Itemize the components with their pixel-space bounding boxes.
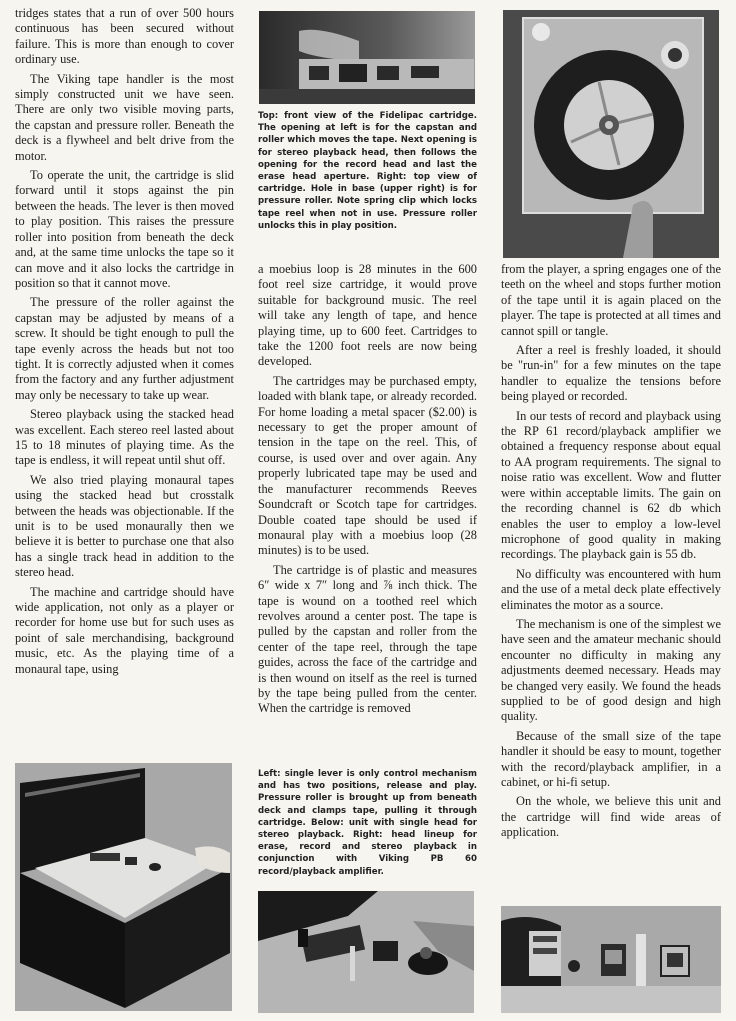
paragraph: Stereo playback using the stacked head w…	[15, 407, 234, 469]
article-column-2: a moebius loop is 28 minutes in the 600 …	[258, 262, 477, 721]
photo-cartridge-top-view	[503, 10, 719, 258]
paragraph: After a reel is freshly loaded, it shoul…	[501, 343, 721, 405]
paragraph: tridges states that a run of over 500 ho…	[15, 6, 234, 68]
photo-caption-bottom: Left: single lever is only control mecha…	[258, 768, 477, 878]
paragraph: We also tried playing monaural tapes usi…	[15, 473, 234, 581]
paragraph: The cartridges may be purchased empty, l…	[258, 374, 477, 559]
paragraph: Because of the small size of the tape ha…	[501, 729, 721, 791]
photo-head-lineup	[501, 906, 721, 1013]
photo-caption-top: Top: front view of the Fidelipac cartrid…	[258, 110, 477, 232]
paragraph: No difficulty was encountered with hum a…	[501, 567, 721, 613]
paragraph: In our tests of record and playback usin…	[501, 409, 721, 563]
photo-cartridge-front-view	[259, 11, 475, 104]
paragraph: The Viking tape handler is the most simp…	[15, 72, 234, 164]
paragraph: The cartridge is of plastic and measures…	[258, 563, 477, 717]
paragraph: a moebius loop is 28 minutes in the 600 …	[258, 262, 477, 370]
photo-viking-unit	[15, 763, 232, 1011]
paragraph: from the player, a spring engages one of…	[501, 262, 721, 339]
photo-single-head	[258, 891, 474, 1013]
article-column-1: tridges states that a run of over 500 ho…	[15, 6, 234, 681]
paragraph: To operate the unit, the cartridge is sl…	[15, 168, 234, 291]
paragraph: The pressure of the roller against the c…	[15, 295, 234, 403]
paragraph: The mechanism is one of the simplest we …	[501, 617, 721, 725]
article-column-3: from the player, a spring engages one of…	[501, 262, 721, 845]
paragraph: The machine and cartridge should have wi…	[15, 585, 234, 677]
paragraph: On the whole, we believe this unit and t…	[501, 794, 721, 840]
